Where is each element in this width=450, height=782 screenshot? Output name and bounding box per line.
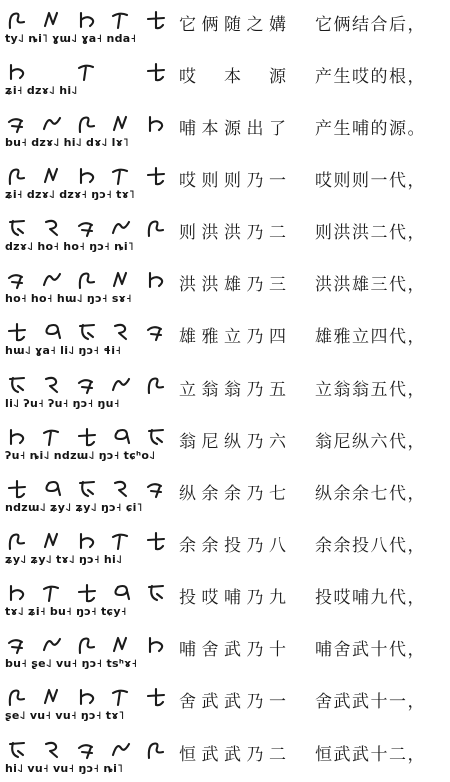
yi-glyph-icon — [144, 269, 168, 291]
yi-glyph-icon — [75, 269, 99, 291]
chinese-translation: 哎则则一代， — [309, 166, 450, 191]
yi-glyph-line — [5, 60, 168, 83]
yi-glyph-icon — [5, 686, 29, 708]
chinese-gloss: 翁尼纵乃六 — [176, 427, 309, 452]
verse-row: ty˨˩ ȵi˥ ɣɯ˨˩ ɣa˧ nda˧它俩随之媾它俩结合后， — [0, 0, 450, 52]
chinese-gloss: 纵余余乃七 — [176, 479, 309, 504]
yi-glyph-line — [5, 112, 168, 135]
yi-glyph-icon — [75, 165, 99, 187]
chinese-gloss: 则洪洪乃二 — [176, 218, 309, 243]
chinese-gloss: 哎则则乃一 — [176, 166, 309, 191]
yi-glyph-icon — [40, 113, 64, 135]
chinese-gloss: 洪洪雄乃三 — [176, 270, 309, 295]
chinese-translation: 翁尼纵六代， — [309, 427, 450, 452]
yi-glyph-icon — [40, 374, 64, 396]
yi-script-cell: bu˧ ʂe˨˩ vu˧ ŋɔ˧ tsʰɤ˧ — [0, 633, 176, 670]
yi-glyph-icon — [75, 426, 99, 448]
phonetic-transcription: dzɤ˨˩ ho˧ ho˧ ŋɔ˧ ȵi˥ — [5, 240, 176, 253]
yi-glyph-icon — [5, 426, 29, 448]
chinese-gloss: 哺本源出了 — [176, 114, 309, 139]
chinese-gloss: 它俩随之媾 — [176, 10, 309, 35]
phonetic-transcription: bu˧ ʂe˨˩ vu˧ ŋɔ˧ tsʰɤ˧ — [5, 657, 176, 670]
verse-row: ho˧ ho˧ hɯ˨˩ ŋɔ˧ sɤ˧洪洪雄乃三洪洪雄三代， — [0, 261, 450, 313]
yi-glyph-line — [5, 425, 168, 448]
yi-script-cell: ʑi˧ dzɤ˨˩ dzɤ˧ ŋɔ˧ tɤ˥ — [0, 164, 176, 201]
chinese-translation: 产生哺的源。 — [309, 114, 450, 139]
yi-glyph-icon — [75, 686, 99, 708]
chinese-translation: 舍武武十一， — [309, 687, 450, 712]
yi-glyph-icon — [75, 113, 99, 135]
verse-row: tɤ˨˩ ʑi˧ bu˧ ŋɔ˧ tɕy˧投哎哺乃九投哎哺九代， — [0, 574, 450, 626]
yi-glyph-icon — [40, 321, 64, 343]
yi-glyph-icon — [144, 165, 168, 187]
yi-glyph-line — [5, 685, 168, 708]
chinese-translation: 产生哎的根， — [309, 62, 450, 87]
yi-glyph-icon — [144, 374, 168, 396]
chinese-gloss: 立翁翁乃五 — [176, 375, 309, 400]
chinese-gloss: 余余投乃八 — [176, 531, 309, 556]
yi-glyph-icon — [144, 634, 168, 656]
verse-row: ndzɯ˨˩ ʑy˨˩ ʑy˨˩ ŋɔ˧ ɕi˥纵余余乃七纵余余七代， — [0, 469, 450, 521]
yi-glyph-line — [5, 633, 168, 656]
yi-glyph-icon — [75, 739, 99, 761]
phonetic-transcription: ʑi˧ dzɤ˨˩ dzɤ˧ ŋɔ˧ tɤ˥ — [5, 188, 176, 201]
yi-script-cell: ʔu˧ ȵi˨˩ ndzɯ˨˩ ŋɔ˧ tɕʰo˨˩ — [0, 425, 176, 462]
chinese-translation: 哺舍武十代， — [309, 635, 450, 660]
chinese-translation: 则洪洪二代， — [309, 218, 450, 243]
yi-glyph-icon — [109, 530, 133, 552]
chinese-gloss: 恒武武乃二 — [176, 740, 309, 765]
yi-glyph-icon — [109, 634, 133, 656]
chinese-translation: 它俩结合后， — [309, 10, 450, 35]
yi-glyph-line — [5, 216, 168, 239]
yi-script-cell: hi˨˩ vu˧ vu˧ ŋɔ˧ ȵi˥ — [0, 738, 176, 775]
yi-glyph-icon — [109, 426, 133, 448]
chinese-translation: 雄雅立四代， — [309, 322, 450, 347]
yi-glyph-line — [5, 477, 168, 500]
yi-glyph-line — [5, 373, 168, 396]
yi-glyph-icon — [75, 634, 99, 656]
yi-glyph-icon — [109, 217, 133, 239]
chinese-translation: 洪洪雄三代， — [309, 270, 450, 295]
yi-glyph-icon — [75, 582, 99, 604]
yi-script-cell: bu˧ dzɤ˨˩ hi˨˩ dɤ˨˩ lɤ˥ — [0, 112, 176, 149]
yi-glyph-icon — [75, 321, 99, 343]
phonetic-transcription: ʑy˨˩ ʑy˨˩ tɤ˨˩ ŋɔ˧ hi˨˩ — [5, 553, 176, 566]
chinese-translation: 立翁翁五代， — [309, 375, 450, 400]
yi-script-cell: tɤ˨˩ ʑi˧ bu˧ ŋɔ˧ tɕy˧ — [0, 581, 176, 618]
yi-glyph-line — [5, 8, 168, 31]
yi-glyph-icon — [109, 9, 133, 31]
verse-row: bu˧ ʂe˨˩ vu˧ ŋɔ˧ tsʰɤ˧哺舍武乃十哺舍武十代， — [0, 626, 450, 678]
phonetic-transcription: ʔu˧ ȵi˨˩ ndzɯ˨˩ ŋɔ˧ tɕʰo˨˩ — [5, 449, 176, 462]
yi-glyph-icon — [109, 686, 133, 708]
yi-glyph-icon — [75, 9, 99, 31]
yi-glyph-icon — [40, 530, 64, 552]
phonetic-transcription: ʑi˧ dzɤ˨˩ hi˨˩ — [5, 84, 176, 97]
verse-row: ʑy˨˩ ʑy˨˩ tɤ˨˩ ŋɔ˧ hi˨˩余余投乃八余余投八代， — [0, 521, 450, 573]
yi-glyph-icon — [40, 217, 64, 239]
yi-glyph-line — [5, 581, 168, 604]
verse-row: li˨˩ ʔu˧ ʔu˧ ŋɔ˧ ŋu˧立翁翁乃五立翁翁五代， — [0, 365, 450, 417]
yi-glyph-icon — [5, 9, 29, 31]
yi-glyph-icon — [109, 321, 133, 343]
yi-glyph-icon — [109, 165, 133, 187]
yi-glyph-icon — [75, 61, 99, 83]
yi-glyph-icon — [40, 165, 64, 187]
yi-glyph-icon — [75, 217, 99, 239]
verse-row: hi˨˩ vu˧ vu˧ ŋɔ˧ ȵi˥恒武武乃二恒武武十二， — [0, 730, 450, 782]
yi-glyph-icon — [109, 739, 133, 761]
yi-glyph-icon — [144, 426, 168, 448]
phonetic-transcription: ndzɯ˨˩ ʑy˨˩ ʑy˨˩ ŋɔ˧ ɕi˥ — [5, 501, 176, 514]
yi-glyph-icon — [40, 686, 64, 708]
yi-glyph-icon — [144, 478, 168, 500]
yi-script-cell: ʑi˧ dzɤ˨˩ hi˨˩ — [0, 60, 176, 97]
yi-script-cell: ndzɯ˨˩ ʑy˨˩ ʑy˨˩ ŋɔ˧ ɕi˥ — [0, 477, 176, 514]
phonetic-transcription: hi˨˩ vu˧ vu˧ ŋɔ˧ ȵi˥ — [5, 762, 176, 775]
yi-glyph-line — [5, 320, 168, 343]
yi-glyph-icon — [144, 321, 168, 343]
verse-row: dzɤ˨˩ ho˧ ho˧ ŋɔ˧ ȵi˥则洪洪乃二则洪洪二代， — [0, 209, 450, 261]
yi-glyph-icon — [109, 113, 133, 135]
yi-glyph-line — [5, 529, 168, 552]
yi-glyph-icon — [75, 374, 99, 396]
phonetic-transcription: li˨˩ ʔu˧ ʔu˧ ŋɔ˧ ŋu˧ — [5, 397, 176, 410]
chinese-gloss: 雄雅立乃四 — [176, 322, 309, 347]
yi-glyph-line — [5, 268, 168, 291]
yi-glyph-icon — [144, 582, 168, 604]
yi-glyph-line — [5, 164, 168, 187]
yi-script-cell: ʑy˨˩ ʑy˨˩ tɤ˨˩ ŋɔ˧ hi˨˩ — [0, 529, 176, 566]
yi-glyph-icon — [144, 686, 168, 708]
yi-glyph-icon — [5, 165, 29, 187]
verse-row: hɯ˨˩ ɣa˧ li˨˩ ŋɔ˧ ɬi˧雄雅立乃四雄雅立四代， — [0, 313, 450, 365]
phonetic-transcription: hɯ˨˩ ɣa˧ li˨˩ ŋɔ˧ ɬi˧ — [5, 344, 176, 357]
yi-script-cell: ty˨˩ ȵi˥ ɣɯ˨˩ ɣa˧ nda˧ — [0, 8, 176, 45]
verse-row: ʔu˧ ȵi˨˩ ndzɯ˨˩ ŋɔ˧ tɕʰo˨˩翁尼纵乃六翁尼纵六代， — [0, 417, 450, 469]
yi-script-cell: li˨˩ ʔu˧ ʔu˧ ŋɔ˧ ŋu˧ — [0, 373, 176, 410]
yi-glyph-icon — [40, 739, 64, 761]
yi-glyph-icon — [40, 426, 64, 448]
chinese-gloss: 哎 本 源 — [176, 62, 309, 87]
yi-glyph-icon — [5, 530, 29, 552]
phonetic-transcription: ʂe˨˩ vu˧ vu˧ ŋɔ˧ tɤ˥ — [5, 709, 176, 722]
chinese-gloss: 舍武武乃一 — [176, 687, 309, 712]
verse-row: bu˧ dzɤ˨˩ hi˨˩ dɤ˨˩ lɤ˥哺本源出了产生哺的源。 — [0, 104, 450, 156]
yi-glyph-icon — [5, 269, 29, 291]
chinese-translation: 纵余余七代， — [309, 479, 450, 504]
yi-glyph-icon — [144, 61, 168, 83]
yi-glyph-icon — [5, 217, 29, 239]
yi-glyph-icon — [5, 321, 29, 343]
yi-glyph-icon — [5, 478, 29, 500]
yi-glyph-icon — [75, 530, 99, 552]
yi-glyph-icon — [40, 478, 64, 500]
document-page: ty˨˩ ȵi˥ ɣɯ˨˩ ɣa˧ nda˧它俩随之媾它俩结合后，ʑi˧ dzɤ… — [0, 0, 450, 782]
yi-script-cell: ho˧ ho˧ hɯ˨˩ ŋɔ˧ sɤ˧ — [0, 268, 176, 305]
chinese-translation: 投哎哺九代， — [309, 583, 450, 608]
yi-glyph-line — [5, 738, 168, 761]
yi-script-cell: dzɤ˨˩ ho˧ ho˧ ŋɔ˧ ȵi˥ — [0, 216, 176, 253]
yi-glyph-icon — [5, 739, 29, 761]
yi-glyph-icon — [40, 582, 64, 604]
verse-row: ʂe˨˩ vu˧ vu˧ ŋɔ˧ tɤ˥舍武武乃一舍武武十一， — [0, 678, 450, 730]
yi-glyph-icon — [5, 61, 29, 83]
verse-row: ʑi˧ dzɤ˨˩ hi˨˩哎 本 源产生哎的根， — [0, 52, 450, 104]
phonetic-transcription: ty˨˩ ȵi˥ ɣɯ˨˩ ɣa˧ nda˧ — [5, 32, 176, 45]
yi-glyph-icon — [109, 269, 133, 291]
yi-glyph-icon — [5, 634, 29, 656]
chinese-gloss: 投哎哺乃九 — [176, 583, 309, 608]
yi-glyph-icon — [75, 478, 99, 500]
yi-glyph-icon — [144, 530, 168, 552]
yi-glyph-icon — [144, 9, 168, 31]
yi-script-cell: hɯ˨˩ ɣa˧ li˨˩ ŋɔ˧ ɬi˧ — [0, 320, 176, 357]
yi-glyph-icon — [144, 217, 168, 239]
verse-row: ʑi˧ dzɤ˨˩ dzɤ˧ ŋɔ˧ tɤ˥哎则则乃一哎则则一代， — [0, 156, 450, 208]
phonetic-transcription: tɤ˨˩ ʑi˧ bu˧ ŋɔ˧ tɕy˧ — [5, 605, 176, 618]
yi-glyph-icon — [109, 582, 133, 604]
yi-glyph-icon — [109, 478, 133, 500]
chinese-gloss: 哺舍武乃十 — [176, 635, 309, 660]
phonetic-transcription: ho˧ ho˧ hɯ˨˩ ŋɔ˧ sɤ˧ — [5, 292, 176, 305]
yi-script-cell: ʂe˨˩ vu˧ vu˧ ŋɔ˧ tɤ˥ — [0, 685, 176, 722]
yi-glyph-icon — [144, 113, 168, 135]
chinese-translation: 恒武武十二， — [309, 740, 450, 765]
yi-glyph-icon — [40, 9, 64, 31]
yi-glyph-icon — [5, 374, 29, 396]
yi-glyph-icon — [40, 269, 64, 291]
yi-glyph-icon — [5, 113, 29, 135]
verse-rows-container: ty˨˩ ȵi˥ ɣɯ˨˩ ɣa˧ nda˧它俩随之媾它俩结合后，ʑi˧ dzɤ… — [0, 0, 450, 782]
chinese-translation: 余余投八代， — [309, 531, 450, 556]
yi-glyph-icon — [5, 582, 29, 604]
yi-glyph-icon — [40, 634, 64, 656]
phonetic-transcription: bu˧ dzɤ˨˩ hi˨˩ dɤ˨˩ lɤ˥ — [5, 136, 176, 149]
yi-glyph-icon — [109, 374, 133, 396]
yi-glyph-icon — [144, 739, 168, 761]
